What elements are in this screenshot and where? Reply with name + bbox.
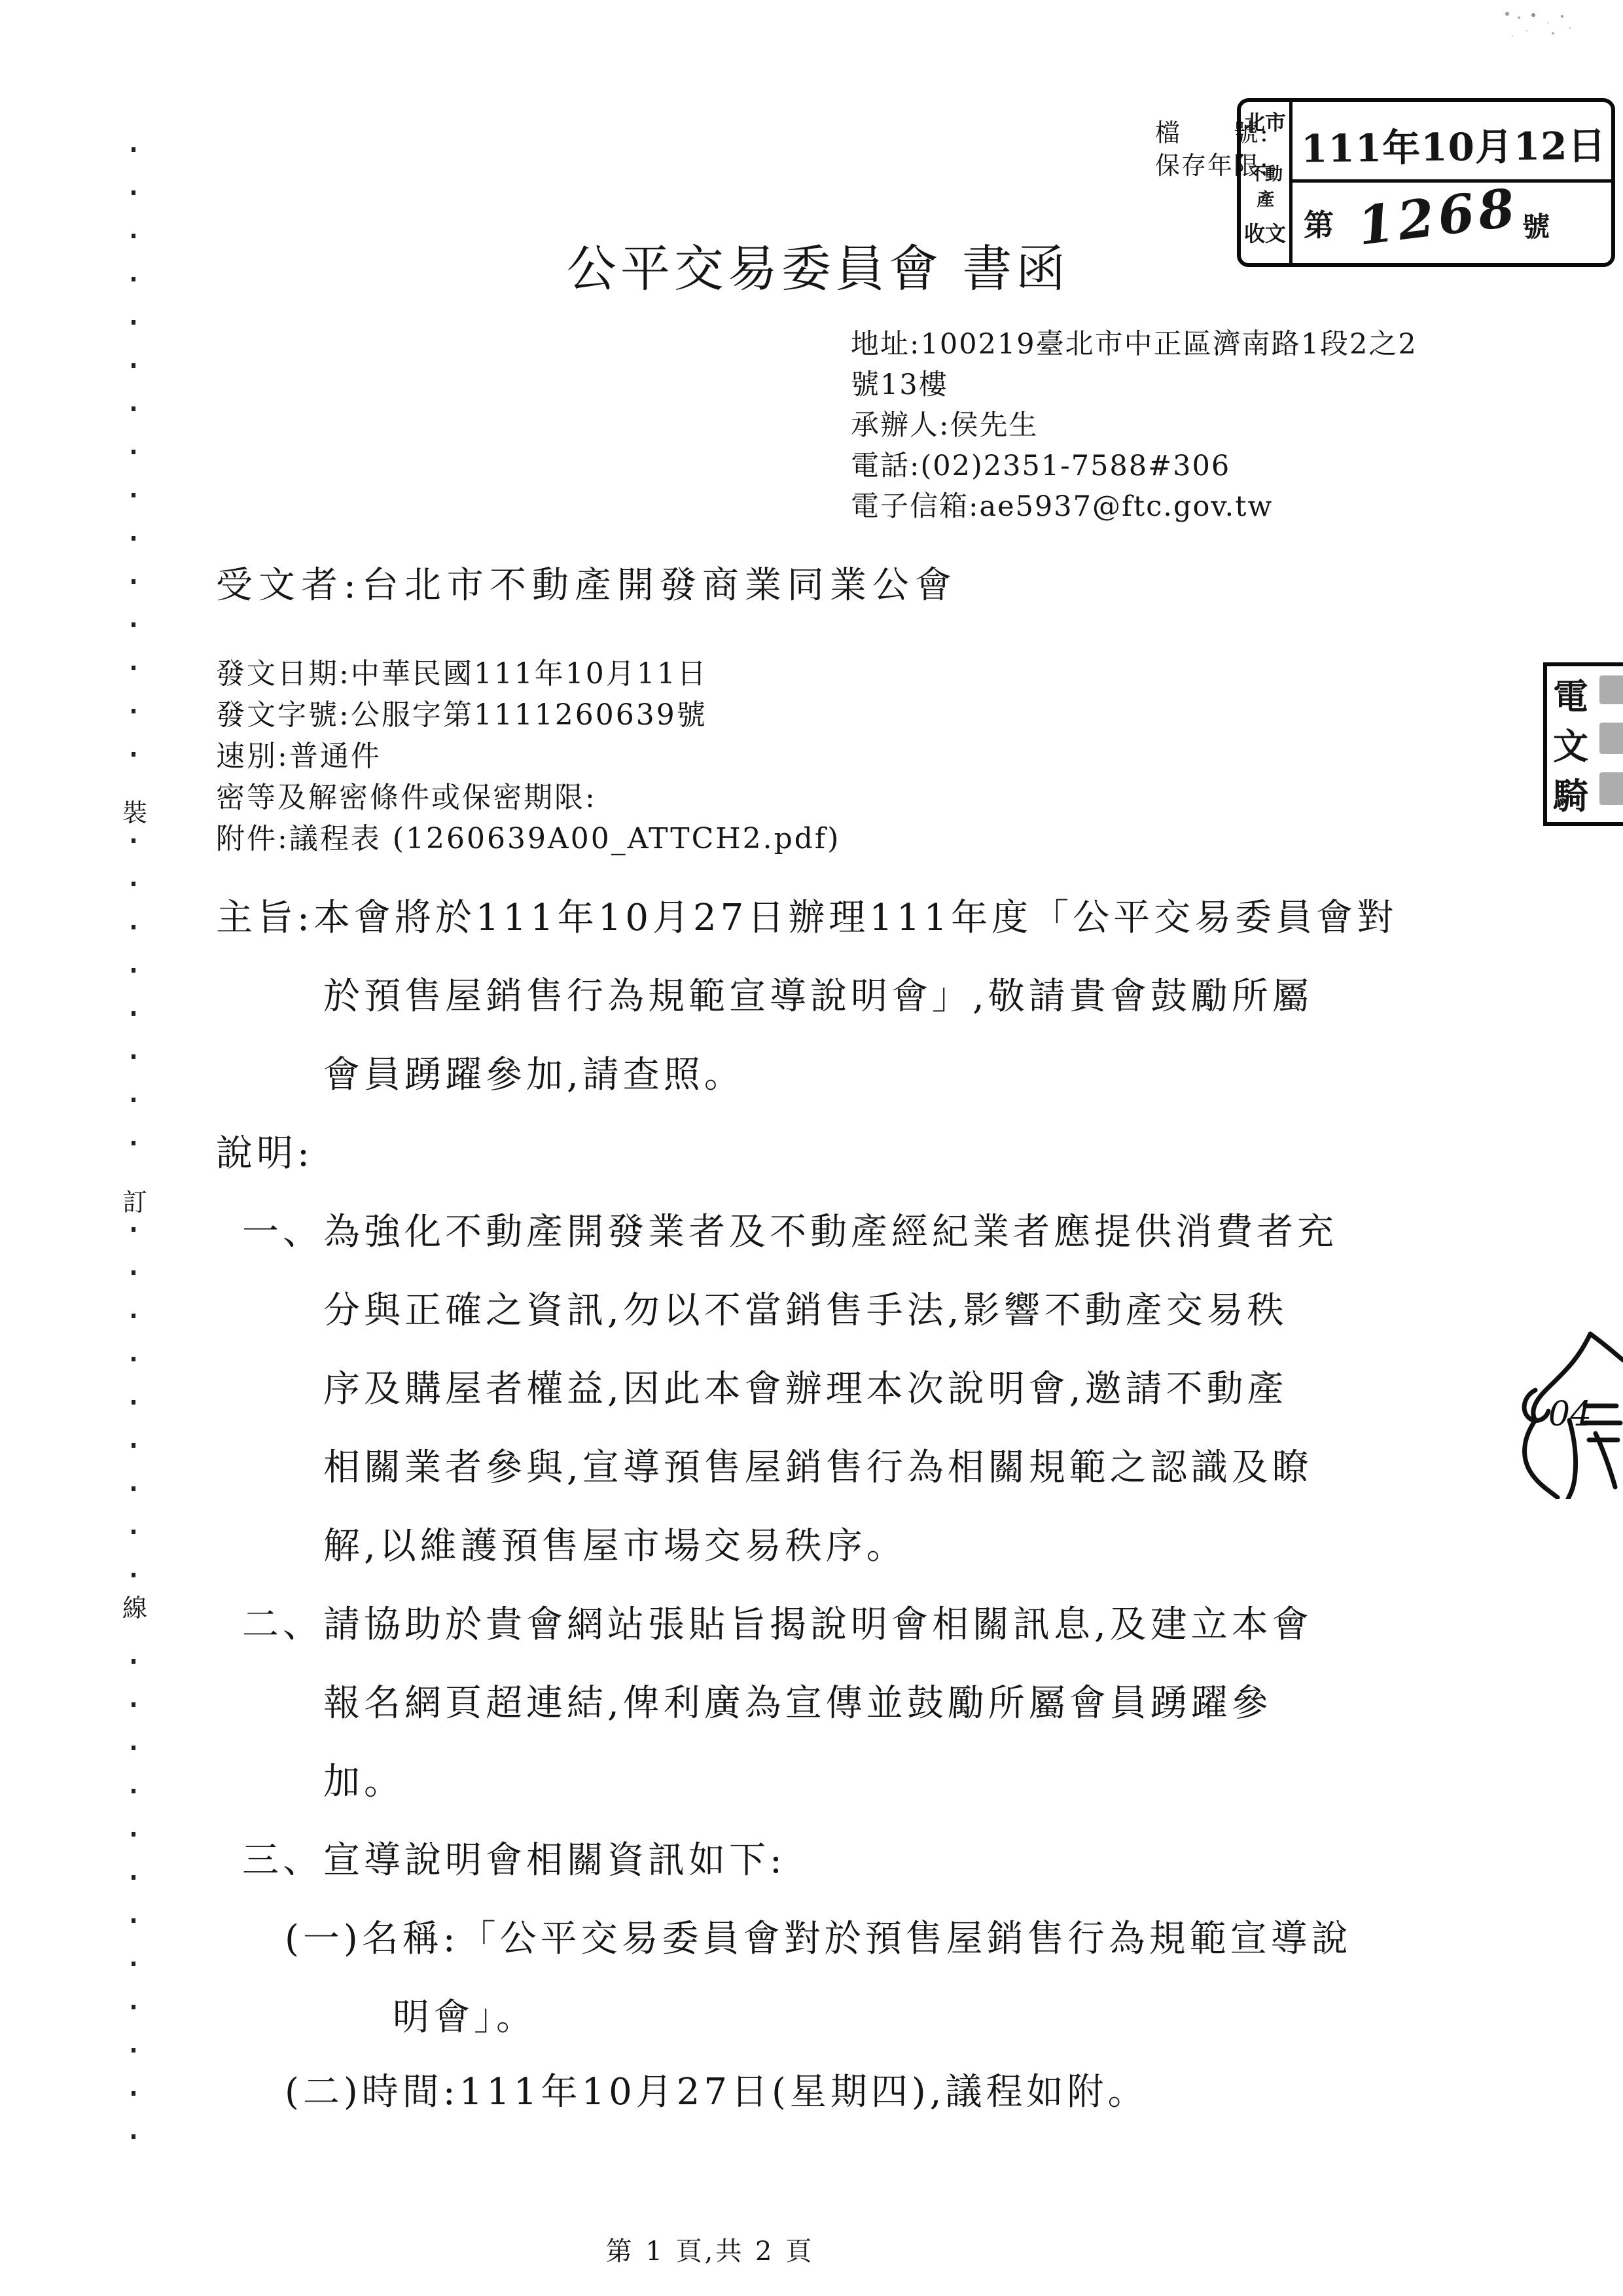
page-number-footer: 第 1 頁,共 2 頁	[317, 2231, 1103, 2268]
stamp-org-line1: 北市	[1241, 106, 1289, 136]
sender-phone: 電話:(02)2351-7588#306	[851, 444, 1230, 484]
explanation-item3-sub1-line2: 明會」。	[393, 1988, 537, 2041]
subject-line-2: 於預售屋銷售行為規範宣導說明會」,敬請貴會鼓勵所屬	[323, 967, 1313, 1020]
binding-mark-ding: 訂	[118, 1178, 152, 1222]
sender-contact-person: 承辦人:侯先生	[851, 403, 1039, 443]
attachment-line: 附件:議程表 (1260639A00_ATTCH2.pdf)	[216, 815, 840, 857]
explanation-item1-line4: 相關業者參與,宣導預售屋銷售行為相關規範之認識及瞭	[323, 1439, 1313, 1491]
scanned-letter-page: 檔 號: 保存年限: 北市 不動產 收文 111年10月12日 第 1268 號…	[0, 0, 1623, 2296]
binding-mark-xian: 線	[118, 1584, 152, 1628]
explanation-item1-line2: 分與正確之資訊,勿以不當銷售手法,影響不動產交易秩	[323, 1282, 1288, 1334]
document-title: 公平交易委員會 書函	[510, 229, 1126, 300]
stamp-org-line2: 不動產	[1241, 160, 1289, 211]
handwritten-mark-text: 04	[1548, 1395, 1592, 1434]
explanation-item1-line1: 一、為強化不動產開發業者及不動產經紀業者應提供消費者充	[242, 1203, 1338, 1255]
stamp-number-prefix: 第	[1304, 202, 1334, 245]
side-stamp-char-3: 騎	[1550, 768, 1592, 819]
electronic-doc-side-stamp: 電 文 騎	[1543, 662, 1623, 826]
subject-line-1: 主旨:本會將於111年10月27日辦理111年度「公平交易委員會對	[216, 889, 1397, 941]
stamp-horizontal-divider	[1293, 179, 1611, 183]
side-stamp-char-1: 電	[1550, 669, 1592, 719]
issue-number-line: 發文字號:公服字第1111260639號	[216, 691, 707, 733]
issue-date-line: 發文日期:中華民國111年10月11日	[216, 650, 708, 692]
explanation-item3-line1: 三、宣導說明會相關資訊如下:	[242, 1831, 786, 1884]
binding-dotted-line	[132, 147, 135, 2163]
subject-line-3: 會員踴躍參加,請查照。	[323, 1046, 745, 1098]
explanation-item2-line3: 加。	[323, 1753, 404, 1805]
explanation-item3-sub2-line1: (二)時間:111年10月27日(星期四),議程如附。	[285, 2063, 1148, 2115]
binding-mark-zhuang: 裝	[118, 789, 152, 833]
explanation-item1-line5: 解,以維護預售屋市場交易秩序。	[323, 1517, 907, 1570]
scan-noise-dots	[1505, 12, 1509, 16]
speed-class-line: 速別:普通件	[216, 732, 382, 774]
explanation-item3-sub1-line1: (一)名稱:「公平交易委員會對於預售屋銷售行為規範宣導說	[285, 1910, 1352, 1962]
stamp-number-handwritten: 1268	[1354, 176, 1522, 257]
receipt-stamp: 北市 不動產 收文 111年10月12日 第 1268 號	[1237, 98, 1615, 267]
handwritten-mark-icon: 04	[1512, 1322, 1623, 1499]
stamp-vertical-divider	[1289, 102, 1293, 263]
stamp-org-line3: 收文	[1241, 217, 1289, 247]
explanation-heading: 說明:	[216, 1124, 313, 1177]
sender-email: 電子信箱:ae5937@ftc.gov.tw	[851, 484, 1273, 524]
sender-address-line1: 地址:100219臺北市中正區濟南路1段2之2	[851, 322, 1418, 362]
stamp-received-date: 111年10月12日	[1301, 115, 1607, 173]
side-stamp-char-2: 文	[1550, 719, 1592, 769]
explanation-item2-line1: 二、請協助於貴會網站張貼旨揭說明會相關訊息,及建立本會	[242, 1596, 1313, 1648]
side-stamp-partial-glyph-2	[1599, 723, 1623, 754]
side-stamp-partial-glyph-1	[1599, 675, 1623, 704]
security-class-line: 密等及解密條件或保密期限:	[216, 774, 597, 816]
explanation-item2-line2: 報名網頁超連結,俾利廣為宣傳並鼓勵所屬會員踴躍參	[323, 1674, 1272, 1727]
sender-address-line2: 號13樓	[851, 363, 948, 403]
explanation-item1-line3: 序及購屋者權益,因此本會辦理本次說明會,邀請不動產	[323, 1360, 1288, 1412]
stamp-number-suffix: 號	[1522, 206, 1550, 245]
recipient-line: 受文者:台北市不動產開發商業同業公會	[216, 556, 957, 609]
side-stamp-partial-glyph-3	[1599, 772, 1623, 805]
